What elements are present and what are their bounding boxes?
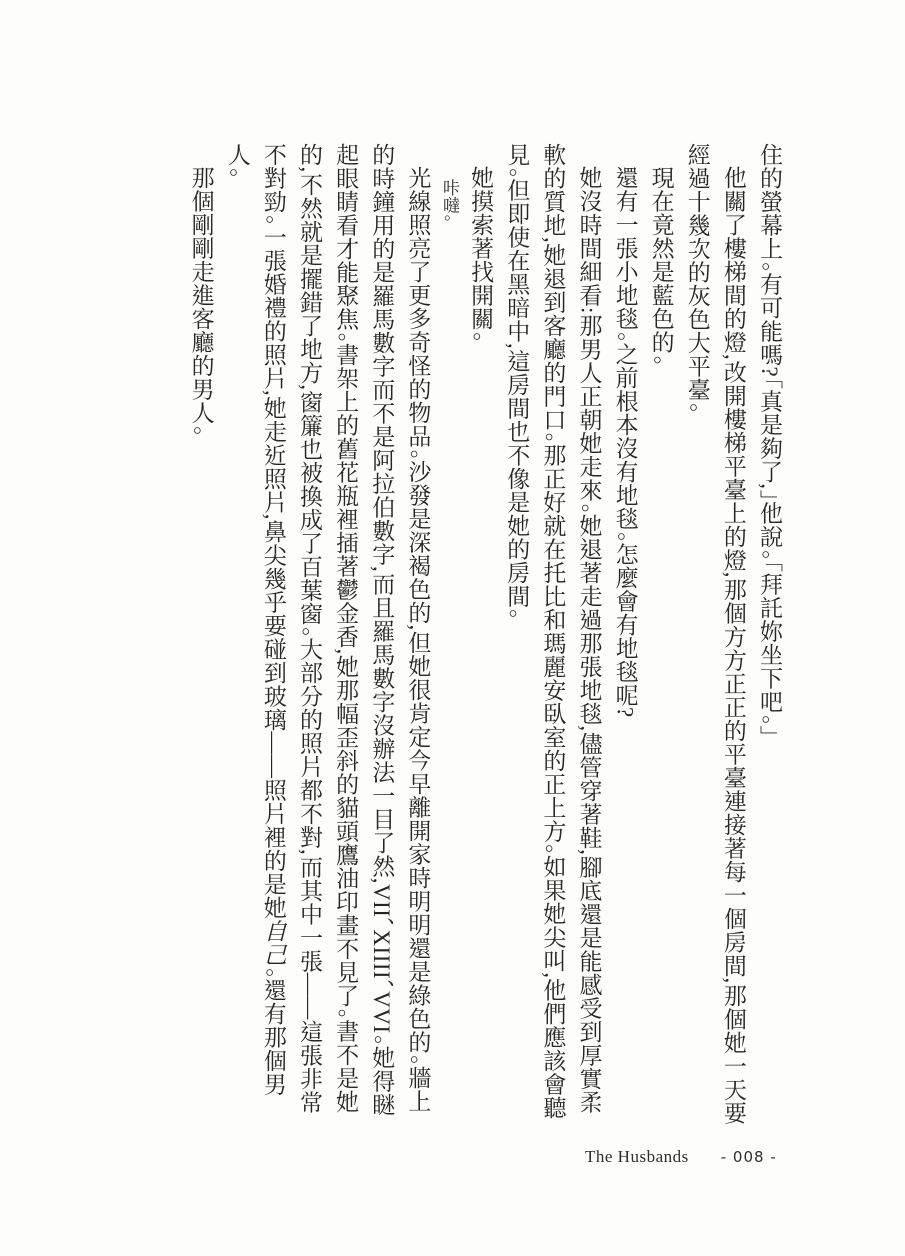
page-number: - 008 - xyxy=(721,1148,777,1166)
paragraph: 住的螢幕上。有可能嗎?「真是夠了,」他說。「拜託妳坐下吧。」 xyxy=(751,143,787,1128)
paragraph: 咔噠。 xyxy=(435,143,462,1128)
paragraph: 那個剛剛走進客廳的男人。 xyxy=(183,143,219,1128)
emphasized-text: 自己 xyxy=(261,920,286,967)
text-run: 她摸索著找開關。 xyxy=(468,166,493,343)
text-run: 咔噠。 xyxy=(440,179,459,223)
text-run: 他關了樓梯間的燈,改開樓梯平臺上的燈,那個方方正正的平臺連接著每一個房間,那個她… xyxy=(685,143,746,1125)
text-run: 住的螢幕上。有可能嗎?「真是夠了,」他說。「拜託妳坐下吧。」 xyxy=(757,143,782,737)
text-block: 住的螢幕上。有可能嗎?「真是夠了,」他說。「拜託妳坐下吧。」他關了樓梯間的燈,改… xyxy=(160,143,787,1128)
book-title: The Husbands xyxy=(585,1147,689,1167)
paragraph: 光線照亮了更多奇怪的物品。沙發是深褐色的,但她很肯定今早離開家時明明還是綠色的。… xyxy=(219,143,436,1128)
footer: The Husbands - 008 - xyxy=(585,1147,777,1167)
book-page: 住的螢幕上。有可能嗎?「真是夠了,」他說。「拜託妳坐下吧。」他關了樓梯間的燈,改… xyxy=(0,0,905,1256)
text-run: 還有一張小地毯。之前根本沒有地毯。怎麼會有地毯呢? xyxy=(613,166,638,718)
text-run: 她沒時間細看:那男人正朝她走來。她退著走過那張地毯,儘管穿著鞋,腳底還是能感受到… xyxy=(504,143,601,1120)
text-run: 現在竟然是藍色的。 xyxy=(649,166,674,366)
paragraph: 他關了樓梯間的燈,改開樓梯平臺上的燈,那個方方正正的平臺連接著每一個房間,那個她… xyxy=(679,143,751,1128)
text-run: 那個剛剛走進客廳的男人。 xyxy=(189,166,214,437)
paragraph: 她摸索著找開關。 xyxy=(462,143,498,1128)
paragraph: 她沒時間細看:那男人正朝她走來。她退著走過那張地毯,儘管穿著鞋,腳底還是能感受到… xyxy=(498,143,606,1128)
text-run: 光線照亮了更多奇怪的物品。沙發是深褐色的,但她很肯定今早離開家時明明還是綠色的。… xyxy=(261,143,430,1116)
paragraph: 現在竟然是藍色的。 xyxy=(643,143,679,1128)
paragraph: 還有一張小地毯。之前根本沒有地毯。怎麼會有地毯呢? xyxy=(606,143,642,1128)
